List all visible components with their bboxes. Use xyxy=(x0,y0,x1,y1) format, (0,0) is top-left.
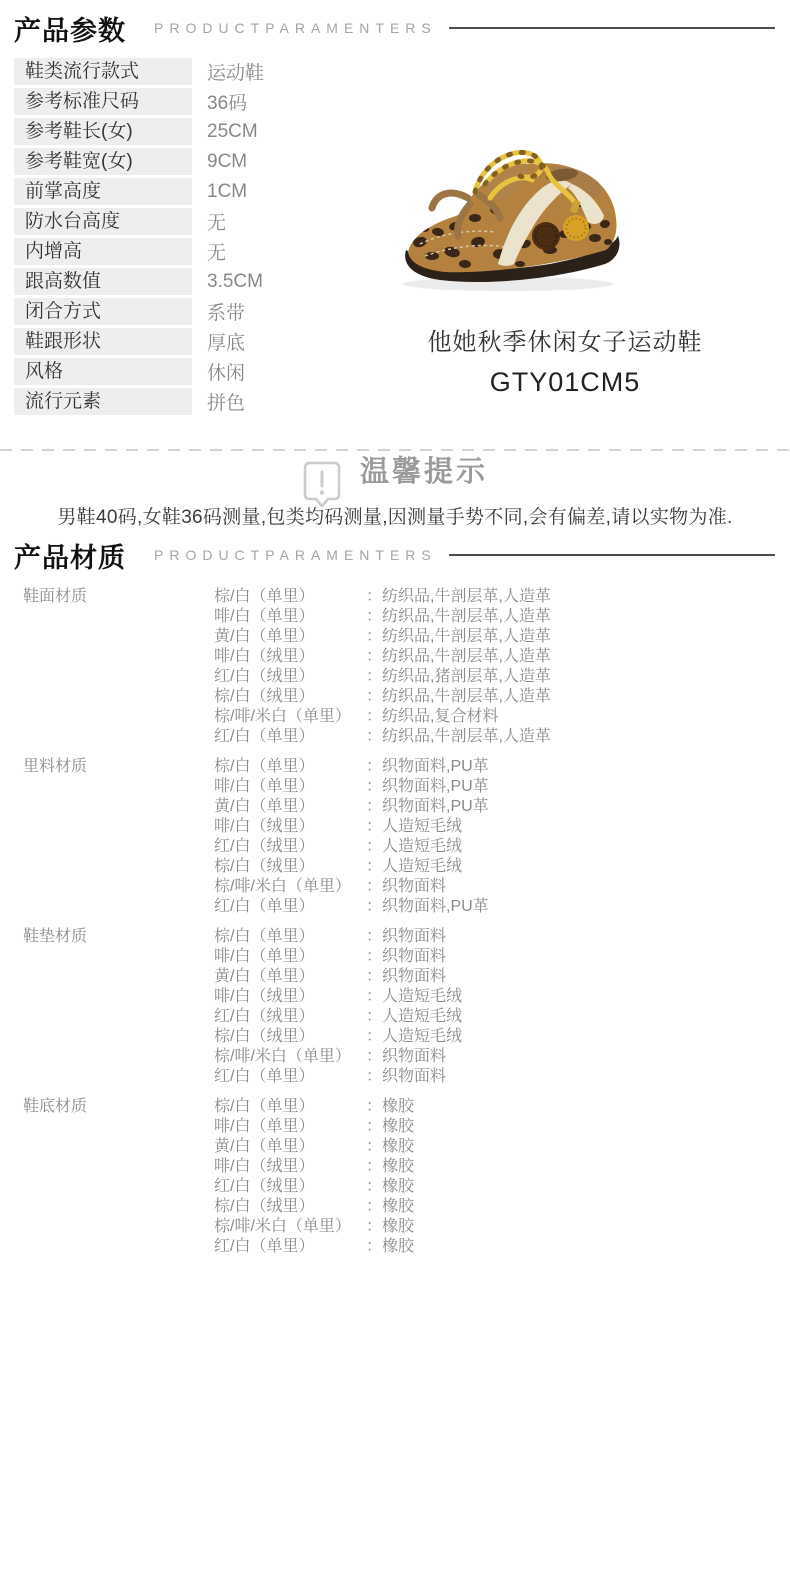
material-value: ：橡胶 xyxy=(366,1097,414,1117)
material-value: ：橡胶 xyxy=(366,1157,414,1177)
param-label: 内增高 xyxy=(14,238,192,265)
material-variant: 棕/白（绒里） xyxy=(214,1197,366,1217)
material-row: 棕/白（单里） ：织物面料 xyxy=(214,927,790,947)
material-row: 棕/白（绒里） ：人造短毛绒 xyxy=(214,857,790,877)
material-value: ：纺织品,复合材料 xyxy=(366,707,498,727)
materials-subtitle: PRODUCTPARAMENTERS xyxy=(154,547,437,563)
material-row: 黄/白（单里） ：橡胶 xyxy=(214,1137,790,1157)
tips-section: 温馨提示 男鞋40码,女鞋36码测量,包类均码测量,因测量手势不同,会有偏差,请… xyxy=(0,455,790,531)
param-row: 风格 休闲 xyxy=(14,358,340,385)
material-row: 红/白（绒里） ：纺织品,猪剖层革,人造革 xyxy=(214,667,790,687)
material-row: 黄/白（单里） ：织物面料 xyxy=(214,967,790,987)
material-value: ：人造短毛绒 xyxy=(366,1007,462,1027)
param-label: 前掌高度 xyxy=(14,178,192,205)
material-value: ：织物面料,PU革 xyxy=(366,757,489,777)
param-label: 流行元素 xyxy=(14,388,192,415)
tips-text: 男鞋40码,女鞋36码测量,包类均码测量,因测量手势不同,会有偏差,请以实物为准… xyxy=(0,505,790,531)
pompom-brown xyxy=(532,222,560,250)
material-row: 棕/白（单里） ：橡胶 xyxy=(214,1097,790,1117)
param-row: 防水台高度 无 xyxy=(14,208,340,235)
param-value: 拼色 xyxy=(207,388,245,415)
material-value: ：织物面料,PU革 xyxy=(366,777,489,797)
material-value: ：织物面料 xyxy=(366,927,446,947)
material-value: ：橡胶 xyxy=(366,1177,414,1197)
material-row: 啡/白（单里） ：织物面料,PU革 xyxy=(214,777,790,797)
material-value: ：橡胶 xyxy=(366,1137,414,1157)
material-value: ：纺织品,牛剖层革,人造革 xyxy=(366,727,551,747)
param-label: 鞋跟形状 xyxy=(14,328,192,355)
material-variant: 棕/白（绒里） xyxy=(214,687,366,707)
material-variant: 红/白（绒里） xyxy=(214,1007,366,1027)
material-variant: 棕/白（单里） xyxy=(214,1097,366,1117)
material-variant: 棕/啡/米白（单里） xyxy=(214,1047,366,1067)
param-row: 跟高数值 3.5CM xyxy=(14,268,340,295)
param-value: 无 xyxy=(207,208,226,235)
product-caption: 他她秋季休闲女子运动鞋 xyxy=(340,326,790,359)
tips-head: 温馨提示 xyxy=(0,455,790,505)
params-header: 产品参数 PRODUCTPARAMENTERS xyxy=(14,10,790,46)
param-label: 风格 xyxy=(14,358,192,385)
material-variant: 红/白（单里） xyxy=(214,1067,366,1087)
material-variant: 啡/白（绒里） xyxy=(214,987,366,1007)
material-variant: 啡/白（单里） xyxy=(214,1117,366,1137)
material-variant: 啡/白（绒里） xyxy=(214,1157,366,1177)
material-row: 啡/白（绒里） ：纺织品,牛剖层革,人造革 xyxy=(214,647,790,667)
param-value: 无 xyxy=(207,238,226,265)
param-label: 参考鞋长(女) xyxy=(14,118,192,145)
param-label: 跟高数值 xyxy=(14,268,192,295)
material-row: 红/白（单里） ：橡胶 xyxy=(214,1237,790,1257)
param-value: 系带 xyxy=(207,298,245,325)
material-value: ：织物面料 xyxy=(366,877,446,897)
material-row: 棕/啡/米白（单里） ：纺织品,复合材料 xyxy=(214,707,790,727)
material-group-label: 鞋底材质 xyxy=(23,1097,214,1257)
material-row: 棕/白（绒里） ：纺织品,牛剖层革,人造革 xyxy=(214,687,790,707)
material-row: 啡/白（单里） ：橡胶 xyxy=(214,1117,790,1137)
param-label: 参考标准尺码 xyxy=(14,88,192,115)
material-group-lining: 里料材质 棕/白（单里） ：织物面料,PU革 啡/白（单里） ：织物面料,PU革… xyxy=(23,757,790,917)
param-row: 参考鞋长(女) 25CM xyxy=(14,118,340,145)
material-row: 啡/白（绒里） ：人造短毛绒 xyxy=(214,987,790,1007)
material-value: ：纺织品,牛剖层革,人造革 xyxy=(366,607,551,627)
param-value: 厚底 xyxy=(207,328,245,355)
material-row: 棕/白（绒里） ：人造短毛绒 xyxy=(214,1027,790,1047)
param-value: 9CM xyxy=(207,151,247,173)
material-variant: 红/白（绒里） xyxy=(214,667,366,687)
material-variant: 棕/白（单里） xyxy=(214,757,366,777)
material-row: 红/白（单里） ：织物面料 xyxy=(214,1067,790,1087)
material-value: ：纺织品,牛剖层革,人造革 xyxy=(366,627,551,647)
param-label: 鞋类流行款式 xyxy=(14,58,192,85)
material-variant: 黄/白（单里） xyxy=(214,967,366,987)
material-variant: 黄/白（单里） xyxy=(214,797,366,817)
material-row: 棕/白（绒里） ：橡胶 xyxy=(214,1197,790,1217)
material-value: ：纺织品,牛剖层革,人造革 xyxy=(366,587,551,607)
material-value: ：织物面料 xyxy=(366,967,446,987)
material-value: ：橡胶 xyxy=(366,1117,414,1137)
material-value: ：织物面料,PU革 xyxy=(366,897,489,917)
material-variant: 棕/啡/米白（单里） xyxy=(214,707,366,727)
material-value: ：橡胶 xyxy=(366,1237,414,1257)
product-visual: 他她秋季休闲女子运动鞋 GTY01CM5 xyxy=(340,58,790,418)
material-variant: 啡/白（单里） xyxy=(214,947,366,967)
param-row: 闭合方式 系带 xyxy=(14,298,340,325)
material-row: 啡/白（单里） ：纺织品,牛剖层革,人造革 xyxy=(214,607,790,627)
material-value: ：织物面料 xyxy=(366,947,446,967)
param-value: 1CM xyxy=(207,181,247,203)
material-row: 棕/白（单里） ：织物面料,PU革 xyxy=(214,757,790,777)
material-value: ：人造短毛绒 xyxy=(366,1027,462,1047)
material-row: 啡/白（绒里） ：橡胶 xyxy=(214,1157,790,1177)
material-variant: 红/白（绒里） xyxy=(214,1177,366,1197)
material-row: 啡/白（绒里） ：人造短毛绒 xyxy=(214,817,790,837)
material-variant: 红/白（单里） xyxy=(214,727,366,747)
material-variant: 啡/白（单里） xyxy=(214,777,366,797)
params-subtitle: PRODUCTPARAMENTERS xyxy=(154,20,437,36)
materials-header: 产品材质 PRODUCTPARAMENTERS xyxy=(14,537,790,573)
material-variant: 红/白（单里） xyxy=(214,897,366,917)
material-group-rows: 棕/白（单里） ：织物面料,PU革 啡/白（单里） ：织物面料,PU革 黄/白（… xyxy=(214,757,790,917)
product-detail-page: 产品参数 PRODUCTPARAMENTERS 鞋类流行款式 运动鞋 参考标准尺… xyxy=(0,0,790,1570)
material-value: ：纺织品,猪剖层革,人造革 xyxy=(366,667,551,687)
material-variant: 啡/白（单里） xyxy=(214,607,366,627)
product-image xyxy=(390,114,790,326)
param-row: 参考鞋宽(女) 9CM xyxy=(14,148,340,175)
material-value: ：橡胶 xyxy=(366,1197,414,1217)
material-group-insole: 鞋垫材质 棕/白（单里） ：织物面料 啡/白（单里） ：织物面料 黄/白（单里） xyxy=(23,927,790,1087)
material-group-label: 里料材质 xyxy=(23,757,214,917)
material-row: 红/白（绒里） ：橡胶 xyxy=(214,1177,790,1197)
material-value: ：织物面料 xyxy=(366,1047,446,1067)
tips-title: 温馨提示 xyxy=(360,455,488,489)
param-row: 流行元素 拼色 xyxy=(14,388,340,415)
param-value: 36码 xyxy=(207,88,247,115)
header-rule xyxy=(449,27,775,29)
material-variant: 黄/白（单里） xyxy=(214,627,366,647)
params-title: 产品参数 xyxy=(14,9,126,48)
param-value: 运动鞋 xyxy=(207,58,264,85)
material-variant: 黄/白（单里） xyxy=(214,1137,366,1157)
material-value: ：橡胶 xyxy=(366,1217,414,1237)
material-group-label: 鞋面材质 xyxy=(23,587,214,747)
param-row: 鞋类流行款式 运动鞋 xyxy=(14,58,340,85)
materials-list: 鞋面材质 棕/白（单里） ：纺织品,牛剖层革,人造革 啡/白（单里） ：纺织品,… xyxy=(0,587,790,1257)
material-value: ：纺织品,牛剖层革,人造革 xyxy=(366,647,551,667)
params-table: 鞋类流行款式 运动鞋 参考标准尺码 36码 参考鞋长(女) 25CM 参考鞋宽(… xyxy=(0,58,340,418)
material-variant: 棕/啡/米白（单里） xyxy=(214,877,366,897)
material-variant: 红/白（绒里） xyxy=(214,837,366,857)
material-group-label: 鞋垫材质 xyxy=(23,927,214,1087)
material-value: ：纺织品,牛剖层革,人造革 xyxy=(366,687,551,707)
material-group-rows: 棕/白（单里） ：纺织品,牛剖层革,人造革 啡/白（单里） ：纺织品,牛剖层革,… xyxy=(214,587,790,747)
param-row: 内增高 无 xyxy=(14,238,340,265)
param-row: 参考标准尺码 36码 xyxy=(14,88,340,115)
material-variant: 红/白（单里） xyxy=(214,1237,366,1257)
param-row: 鞋跟形状 厚底 xyxy=(14,328,340,355)
material-row: 红/白（绒里） ：人造短毛绒 xyxy=(214,837,790,857)
material-row: 啡/白（单里） ：织物面料 xyxy=(214,947,790,967)
material-variant: 棕/啡/米白（单里） xyxy=(214,1217,366,1237)
material-value: ：人造短毛绒 xyxy=(366,987,462,1007)
param-label: 闭合方式 xyxy=(14,298,192,325)
material-row: 棕/啡/米白（单里） ：织物面料 xyxy=(214,1047,790,1067)
materials-title: 产品材质 xyxy=(14,536,126,575)
material-row: 黄/白（单里） ：纺织品,牛剖层革,人造革 xyxy=(214,627,790,647)
param-row: 前掌高度 1CM xyxy=(14,178,340,205)
material-group-rows: 棕/白（单里） ：织物面料 啡/白（单里） ：织物面料 黄/白（单里） ：织物面… xyxy=(214,927,790,1087)
param-value: 3.5CM xyxy=(207,271,263,293)
material-group-upper: 鞋面材质 棕/白（单里） ：纺织品,牛剖层革,人造革 啡/白（单里） ：纺织品,… xyxy=(23,587,790,747)
material-row: 红/白（单里） ：织物面料,PU革 xyxy=(214,897,790,917)
material-group-rows: 棕/白（单里） ：橡胶 啡/白（单里） ：橡胶 黄/白（单里） ：橡胶 xyxy=(214,1097,790,1257)
param-value: 休闲 xyxy=(207,358,245,385)
param-value: 25CM xyxy=(207,121,258,143)
material-row: 棕/啡/米白（单里） ：橡胶 xyxy=(214,1217,790,1237)
params-layout: 鞋类流行款式 运动鞋 参考标准尺码 36码 参考鞋长(女) 25CM 参考鞋宽(… xyxy=(0,58,790,418)
pompom-yellow xyxy=(563,215,589,241)
material-variant: 棕/白（单里） xyxy=(214,927,366,947)
material-variant: 棕/白（单里） xyxy=(214,587,366,607)
material-group-outsole: 鞋底材质 棕/白（单里） ：橡胶 啡/白（单里） ：橡胶 黄/白（单里） xyxy=(23,1097,790,1257)
header-rule xyxy=(449,554,775,556)
material-value: ：织物面料,PU革 xyxy=(366,797,489,817)
param-label: 参考鞋宽(女) xyxy=(14,148,192,175)
material-row: 黄/白（单里） ：织物面料,PU革 xyxy=(214,797,790,817)
material-variant: 啡/白（绒里） xyxy=(214,817,366,837)
material-value: ：织物面料 xyxy=(366,1067,446,1087)
material-value: ：人造短毛绒 xyxy=(366,857,462,877)
material-variant: 棕/白（绒里） xyxy=(214,857,366,877)
product-model-code: GTY01CM5 xyxy=(340,367,790,398)
material-value: ：人造短毛绒 xyxy=(366,817,462,837)
material-row: 红/白（单里） ：纺织品,牛剖层革,人造革 xyxy=(214,727,790,747)
material-variant: 啡/白（绒里） xyxy=(214,647,366,667)
material-value: ：人造短毛绒 xyxy=(366,837,462,857)
material-row: 棕/白（单里） ：纺织品,牛剖层革,人造革 xyxy=(214,587,790,607)
param-label: 防水台高度 xyxy=(14,208,192,235)
material-variant: 棕/白（绒里） xyxy=(214,1027,366,1047)
material-row: 棕/啡/米白（单里） ：织物面料 xyxy=(214,877,790,897)
dashed-divider xyxy=(0,449,790,451)
material-row: 红/白（绒里） ：人造短毛绒 xyxy=(214,1007,790,1027)
